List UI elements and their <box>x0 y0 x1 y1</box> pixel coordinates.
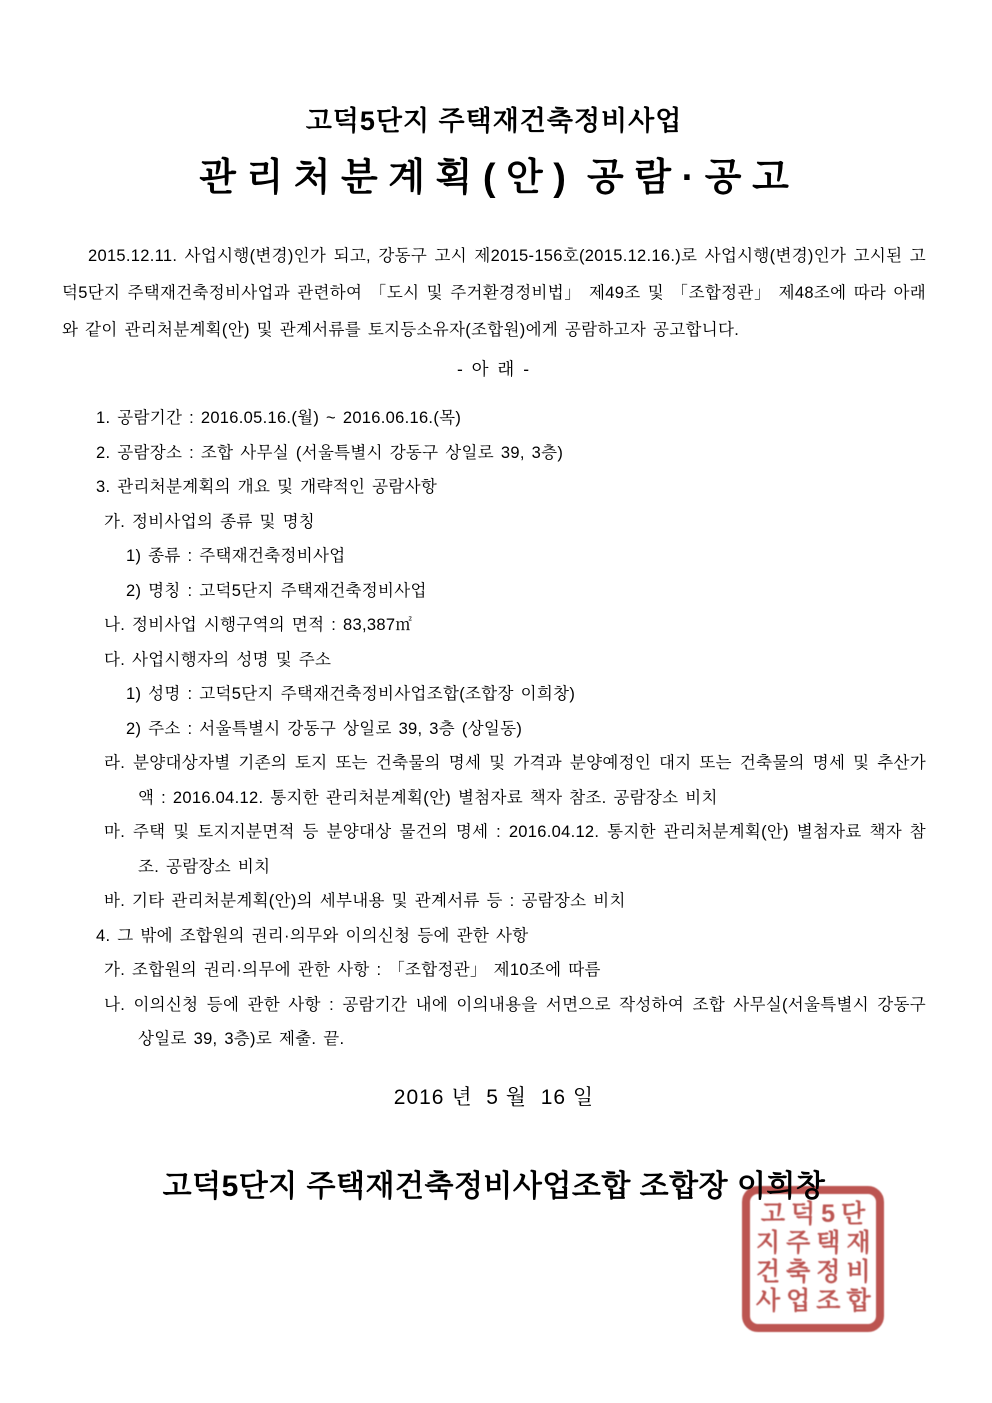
item-other-plan-details: 바. 기타 관리처분계획(안)의 세부내용 및 관계서류 등 : 공람장소 비치 <box>62 884 926 919</box>
seal-row: 건축정비 <box>756 1258 876 1287</box>
item-objection-method: 나. 이의신청 등에 관한 사항 : 공람기간 내에 이의내용을 서면으로 작성… <box>62 988 926 1057</box>
item-housing-land-details: 마. 주택 및 토지지분면적 등 분양대상 물건의 명세 : 2016.04.1… <box>62 815 926 884</box>
item-project-area: 나. 정비사업 시행구역의 면적 : 83,387㎡ <box>62 608 926 643</box>
section-divider: - 아 래 - <box>62 357 926 381</box>
item-project-type-heading: 가. 정비사업의 종류 및 명칭 <box>62 505 926 540</box>
seal-row: 사업조합 <box>756 1287 876 1316</box>
item-sale-target-details: 라. 분양대상자별 기존의 토지 또는 건축물의 명세 및 가격과 분양예정인 … <box>62 746 926 815</box>
doc-title-main: 관 리 처 분 계 획 ( 안 ) 공 람 · 공 고 <box>62 152 926 204</box>
doc-title-project-name: 고덕5단지 주택재건축정비사업 <box>62 104 926 138</box>
item-rights-objections-heading: 4. 그 밖에 조합원의 권리·의무와 이의신청 등에 관한 사항 <box>62 919 926 954</box>
intro-paragraph: 2015.12.11. 사업시행(변경)인가 되고, 강동구 고시 제2015-… <box>62 238 926 349</box>
signature-line: 고덕5단지 주택재건축정비사업조합 조합장 이희창 <box>62 1167 926 1207</box>
item-plan-overview-heading: 3. 관리처분계획의 개요 및 개략적인 공람사항 <box>62 470 926 505</box>
item-implementer-address: 2) 주소 : 서울특별시 강동구 상일로 39, 3층 (상일동) <box>62 712 926 747</box>
item-inspection-period: 1. 공람기간 : 2016.05.16.(월) ~ 2016.06.16.(목… <box>62 401 926 436</box>
red-seal-stamp: 고덕5단 지주택재 건축정비 사업조합 <box>742 1186 884 1332</box>
item-project-type: 1) 종류 : 주택재건축정비사업 <box>62 539 926 574</box>
item-inspection-place: 2. 공람장소 : 조합 사무실 (서울특별시 강동구 상일로 39, 3층) <box>62 436 926 471</box>
notice-item-list: 1. 공람기간 : 2016.05.16.(월) ~ 2016.06.16.(목… <box>62 401 926 1057</box>
item-project-name: 2) 명칭 : 고덕5단지 주택재건축정비사업 <box>62 574 926 609</box>
item-implementer-name: 1) 성명 : 고덕5단지 주택재건축정비사업조합(조합장 이희창) <box>62 677 926 712</box>
item-member-rights-duties: 가. 조합원의 권리·의무에 관한 사항 : 「조합정관」 제10조에 따름 <box>62 953 926 988</box>
item-implementer-heading: 다. 사업시행자의 성명 및 주소 <box>62 643 926 678</box>
seal-row: 지주택재 <box>756 1229 876 1258</box>
issue-date: 2016 년 5 월 16 일 <box>62 1083 926 1113</box>
notice-document-page: 고덕5단지 주택재건축정비사업 관 리 처 분 계 획 ( 안 ) 공 람 · … <box>0 0 992 1403</box>
